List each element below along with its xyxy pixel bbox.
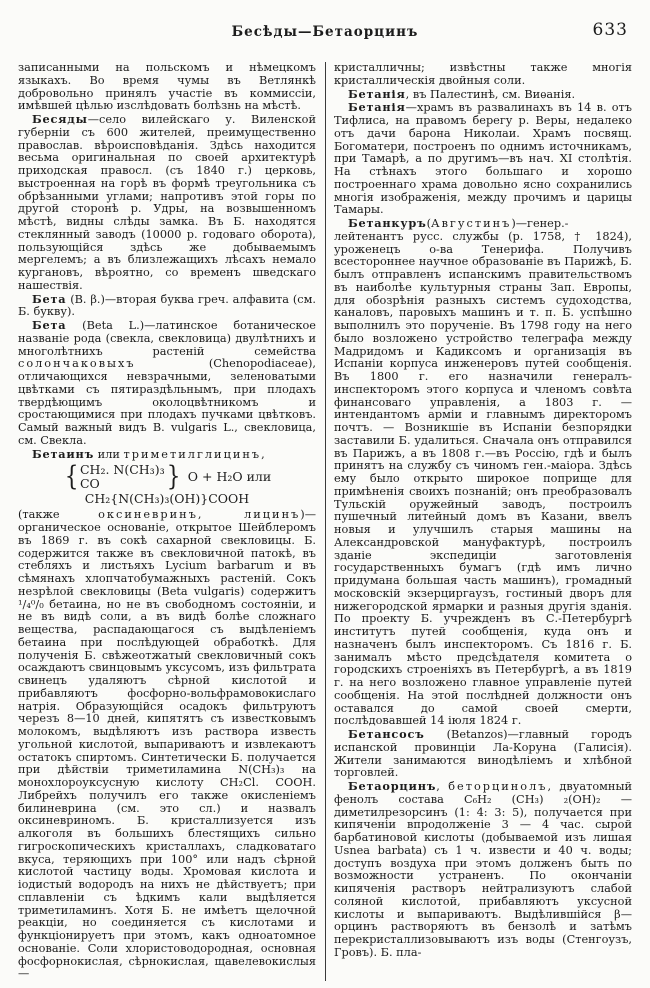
entry-headword: Бетанія bbox=[348, 100, 406, 114]
entry-headword: Бетаорцинъ bbox=[348, 779, 436, 793]
right-column: кристалличны; извѣстны также многія крис… bbox=[334, 62, 632, 981]
chemical-formula: {CH₂. N(CH₃)₃CO}O + H₂O илиCH₂{N(CH₃)₃(O… bbox=[18, 463, 316, 506]
entry-text: )—генер.-лейтенантъ русс. службы (р. 175… bbox=[334, 217, 632, 727]
entry-text: солончаковыхъ bbox=[18, 357, 136, 370]
encyclopedia-page: Бесѣды—Бетаорцинъ 633 записанными на пол… bbox=[0, 0, 650, 988]
entry-text: Августинъ bbox=[431, 217, 511, 230]
entry-text: —храмъ въ развалинахъ въ 14 в. отъ Тифли… bbox=[334, 101, 632, 216]
entry-paragraph: Бесяды—село вилейскаго у. Виленской губе… bbox=[18, 113, 316, 293]
formula-line2: CH₂{N(CH₃)₃(OH)}COOH bbox=[18, 492, 316, 506]
entry-text: записанными на польскомъ и нѣмецкомъ язы… bbox=[18, 61, 316, 112]
entry-text: —село вилейскаго у. Виленской губерніи с… bbox=[18, 113, 316, 292]
page-header: Бесѣды—Бетаорцинъ 633 bbox=[18, 20, 632, 46]
entry-text: кристалличны; извѣстны также многія крис… bbox=[334, 61, 632, 87]
entry-paragraph: Бетанія—храмъ въ развалинахъ въ 14 в. от… bbox=[334, 101, 632, 217]
entry-headword: Бесяды bbox=[32, 112, 88, 126]
entry-headword: Бета bbox=[32, 318, 66, 332]
formula-brace-left: { bbox=[65, 463, 79, 491]
text-columns: записанными на польскомъ и нѣмецкомъ язы… bbox=[18, 62, 632, 981]
formula-line-top: CH₂. N(CH₃)₃ bbox=[80, 463, 165, 477]
entry-text: , въ Палестинѣ, см. Виѳанія. bbox=[406, 88, 575, 101]
entry-paragraph: Бетанкуръ(Августинъ)—генер.-лейтенантъ р… bbox=[334, 217, 632, 728]
entry-headword: Бетанкуръ bbox=[348, 216, 427, 230]
entry-headword: Бетанія bbox=[348, 87, 406, 101]
formula-right-text: O + H₂O или bbox=[188, 470, 271, 484]
page-number: 633 bbox=[593, 20, 628, 40]
left-column: записанными на польскомъ и нѣмецкомъ язы… bbox=[18, 62, 316, 981]
formula-brace-right: } bbox=[166, 463, 180, 491]
entry-text: беторцинолъ bbox=[448, 780, 547, 793]
entry-text: , двуатомный фенолъ состава C₆H₂ (CH₃) ₂… bbox=[334, 780, 632, 959]
entry-paragraph: Бетансосъ (Betanzos)—главный городъ испа… bbox=[334, 728, 632, 780]
entry-paragraph: Бета (Beta L.)—латинское ботаническое на… bbox=[18, 319, 316, 448]
entry-text: )—органическое основаніе, открытое Шейбл… bbox=[18, 508, 316, 980]
entry-text: триметилглицинъ bbox=[124, 448, 262, 461]
formula-line-bottom: CO bbox=[80, 477, 100, 491]
entry-paragraph: Бетанія, въ Палестинѣ, см. Виѳанія. bbox=[334, 88, 632, 102]
entry-text: , bbox=[261, 448, 265, 461]
entry-headword: Бета bbox=[32, 292, 66, 306]
entry-headword: Бетансосъ bbox=[348, 727, 425, 741]
entry-text: (Chenopodiaceae), отличающихся невзрачны… bbox=[18, 357, 316, 447]
entry-text: (также bbox=[18, 508, 98, 521]
column-divider bbox=[325, 62, 326, 981]
entry-paragraph: Бетаинъ или триметилглицинъ, bbox=[18, 448, 316, 462]
formula-stack: CH₂. N(CH₃)₃CO bbox=[80, 463, 165, 491]
entry-text: оксиневринъ, лицинъ bbox=[98, 508, 300, 521]
entry-text: , bbox=[436, 780, 448, 793]
entry-paragraph: кристалличны; извѣстны также многія крис… bbox=[334, 62, 632, 88]
entry-paragraph: (также оксиневринъ, лицинъ)—органическое… bbox=[18, 509, 316, 981]
entry-paragraph: записанными на польскомъ и нѣмецкомъ язы… bbox=[18, 62, 316, 113]
entry-text: или bbox=[94, 448, 123, 461]
entry-paragraph: Бетаорцинъ, беторцинолъ, двуатомный фено… bbox=[334, 780, 632, 960]
entry-paragraph: Бета (В. β.)—вторая буква греч. алфавита… bbox=[18, 293, 316, 320]
running-title: Бесѣды—Бетаорцинъ bbox=[18, 20, 632, 40]
entry-headword: Бетаинъ bbox=[32, 447, 94, 461]
